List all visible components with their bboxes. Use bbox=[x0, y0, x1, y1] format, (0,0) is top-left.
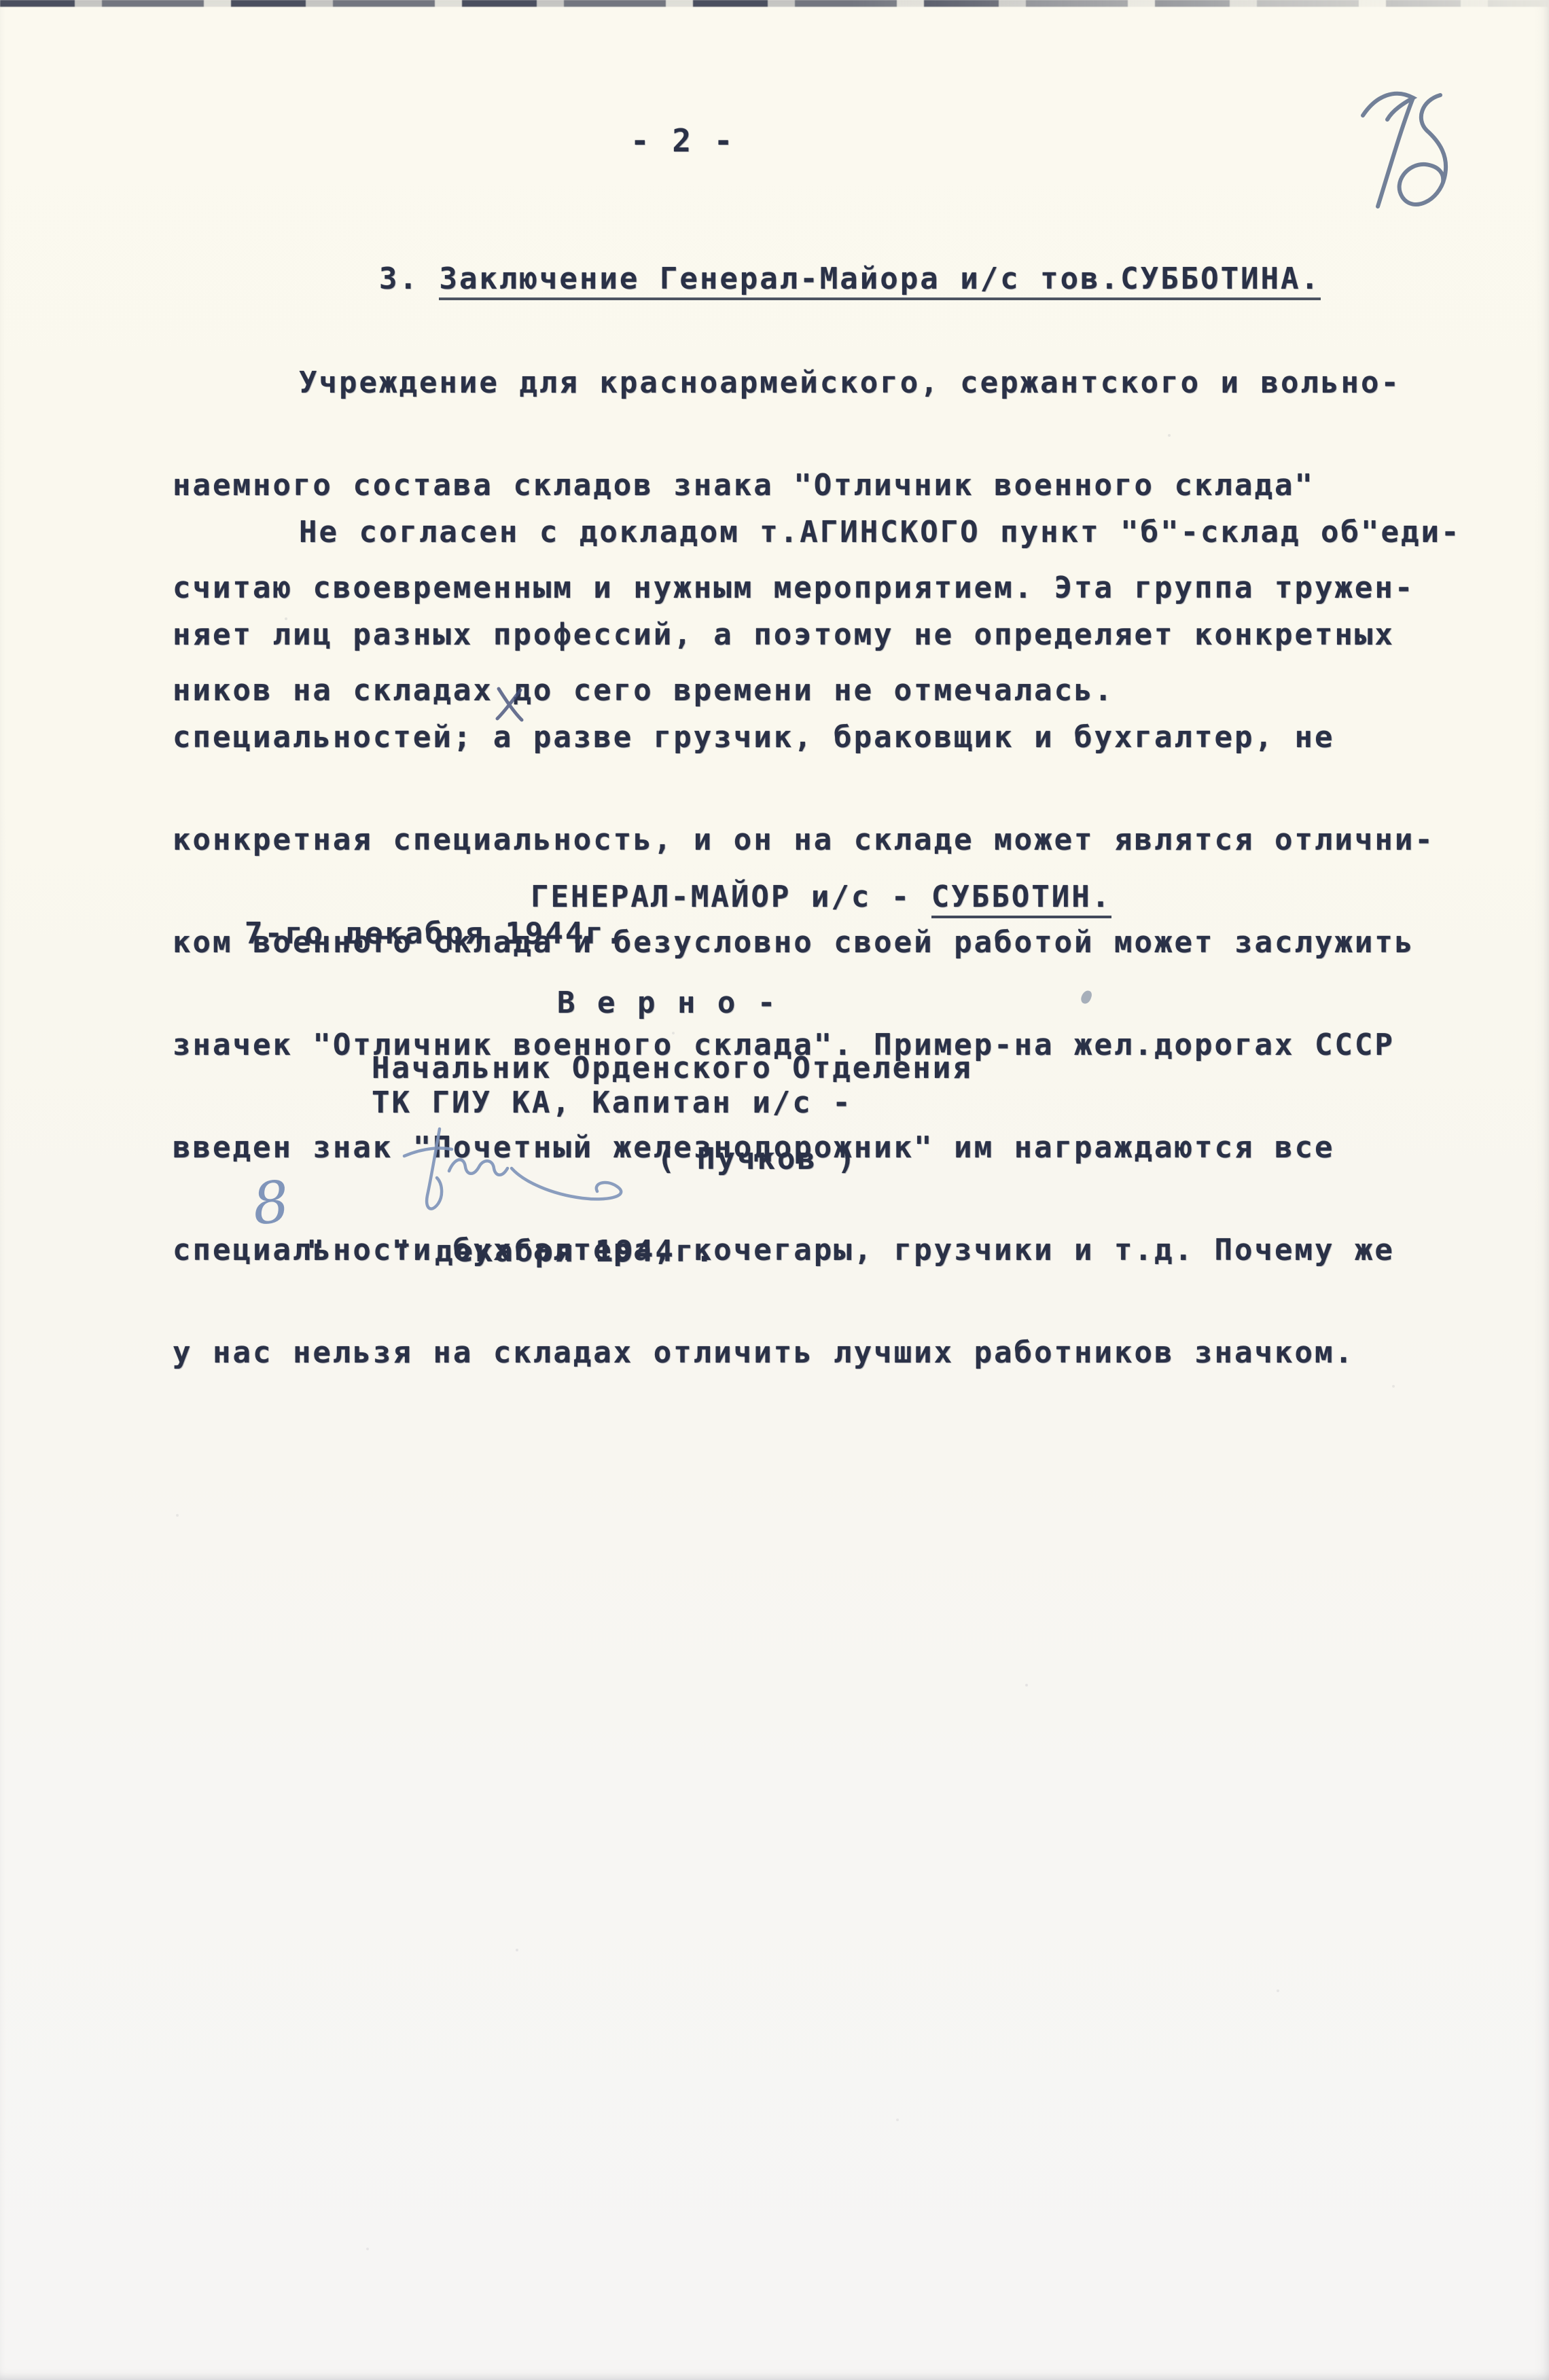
verno-label: В е р н о - bbox=[557, 986, 777, 1020]
paragraph-line: Не согласен с докладом т.АГИНСКОГО пункт… bbox=[173, 515, 1461, 549]
scanned-document-page: - 2 - 3. Заключение Генерал-Майора и/с т… bbox=[0, 0, 1549, 2380]
handwritten-corner-number-78 bbox=[1351, 80, 1466, 223]
signoff-rank: ГЕНЕРАЛ-МАЙОР и/с - bbox=[531, 880, 931, 914]
paragraph-line: специальностей; а разве грузчик, браковщ… bbox=[173, 720, 1461, 755]
certifier-title-line-1: Начальник Орденского Отделения bbox=[372, 1051, 973, 1085]
paragraph-line: у нас нельзя на складах отличить лучших … bbox=[173, 1335, 1461, 1370]
paragraph-line: Учреждение для красноармейского, сержант… bbox=[173, 365, 1414, 400]
handwritten-day-number: 8 bbox=[249, 1168, 292, 1238]
heading-number: 3. bbox=[379, 262, 439, 296]
signoff-name: СУББОТИН. bbox=[931, 880, 1111, 918]
page-number: - 2 - bbox=[630, 124, 734, 158]
paper-speckles bbox=[0, 0, 1, 1]
close-quote: " bbox=[391, 1234, 412, 1269]
scan-top-edge-artifact bbox=[0, 0, 1549, 7]
heading-underlined-text: Заключение Генерал-Майора и/с тов.СУББОТ… bbox=[439, 262, 1321, 300]
date-text: декабря 1944г. bbox=[435, 1234, 715, 1269]
open-quote: " bbox=[306, 1234, 327, 1269]
paragraph-line: няет лиц разных профессий, а поэтому не … bbox=[173, 617, 1461, 652]
date-line-2: ""декабря 1944г. bbox=[226, 1201, 715, 1303]
ink-correction-mark bbox=[493, 685, 526, 723]
date-line-1: 7-го декабря 1944г. bbox=[245, 917, 625, 951]
certifier-name: ( Пучков ) bbox=[657, 1142, 857, 1176]
